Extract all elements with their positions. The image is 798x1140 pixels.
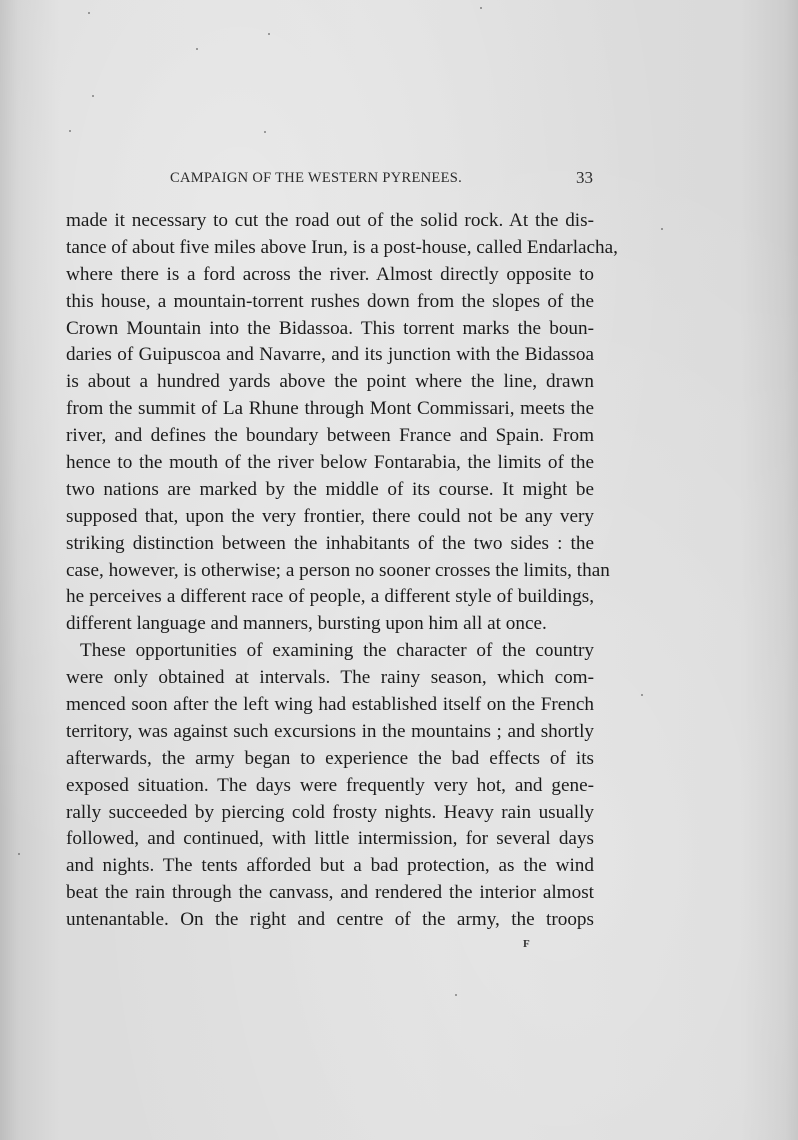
text-line: this house, a mountain-torrent rushes do… [66,289,594,316]
text-line: where there is a ford across the river. … [66,262,594,289]
text-line: is about a hundred yards above the point… [66,369,594,396]
text-line: exposed situation. The days were frequen… [66,773,594,800]
paper-speck [641,694,643,696]
paper-speck [268,33,270,35]
running-head: CAMPAIGN OF THE WESTERN PYRENEES. [170,170,570,187]
scanned-book-page: CAMPAIGN OF THE WESTERN PYRENEES. 33 mad… [0,0,798,1140]
text-line: from the summit of La Rhune through Mont… [66,396,594,423]
text-line: hence to the mouth of the river below Fo… [66,450,594,477]
text-line: supposed that, upon the very frontier, t… [66,504,594,531]
text-line: two nations are marked by the middle of … [66,477,594,504]
text-line: and nights. The tents afforded but a bad… [66,853,594,880]
paper-speck [661,228,663,230]
body-text: made it necessary to cut the road out of… [66,208,594,934]
text-line: menced soon after the left wing had esta… [66,692,594,719]
text-line: made it necessary to cut the road out of… [66,208,594,235]
text-line: beat the rain through the canvass, and r… [66,880,594,907]
text-line: untenantable. On the right and centre of… [66,907,594,934]
paragraph-start-line: These opportunities of examining the cha… [66,638,594,665]
text-line: tance of about five miles above Irun, is… [66,235,594,262]
paper-speck [92,95,94,97]
page-number: 33 [576,168,593,188]
text-line: striking distinction between the inhabit… [66,531,594,558]
paper-speck [480,7,482,9]
text-line: Crown Mountain into the Bidassoa. This t… [66,316,594,343]
text-line: river, and defines the boundary between … [66,423,594,450]
paper-speck [88,12,90,14]
text-line: afterwards, the army began to experience… [66,746,594,773]
text-line: case, however, is otherwise; a person no… [66,558,594,585]
signature-mark: F [523,938,530,950]
paper-speck [264,131,266,133]
text-line: territory, was against such excursions i… [66,719,594,746]
paper-speck [18,853,20,855]
paper-speck [69,130,71,132]
text-line: followed, and continued, with little int… [66,826,594,853]
text-line: he perceives a different race of people,… [66,584,594,611]
paper-speck [196,48,198,50]
text-line: daries of Guipuscoa and Navarre, and its… [66,342,594,369]
text-line: rally succeeded by piercing cold frosty … [66,800,594,827]
paragraph-end-line: different language and manners, bursting… [66,611,594,638]
paper-speck [455,994,457,996]
text-line: were only obtained at intervals. The rai… [66,665,594,692]
